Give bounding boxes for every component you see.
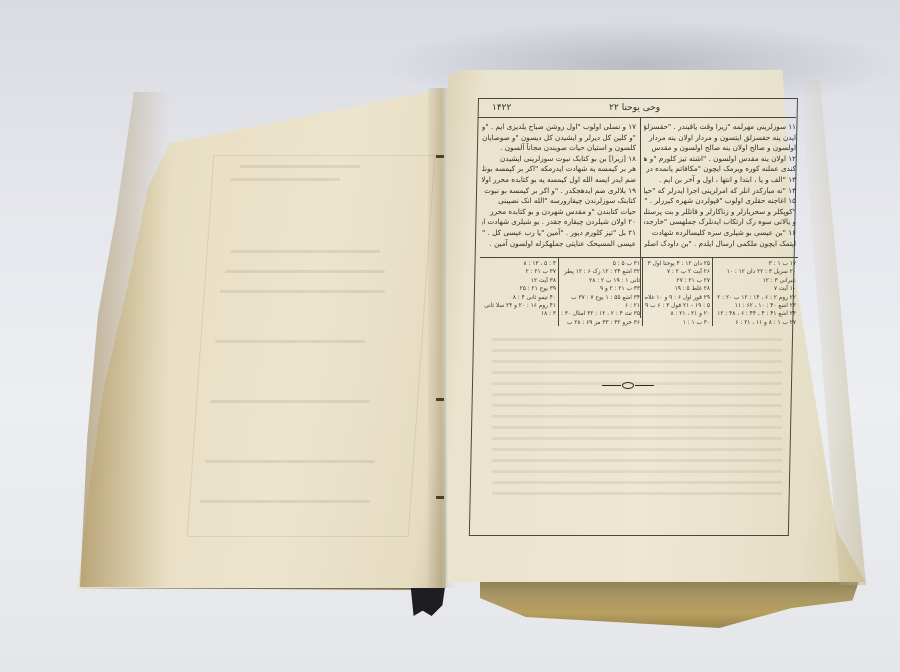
verse-line: ۱۴ "نه مبارکدر انلر که امرلرینی اجرا اید… — [644, 186, 796, 197]
verse-line: ایدن ینه حقسزلق ایتسون و مردار اولان ینه… — [644, 133, 796, 144]
references-col-2: ۲۵ دان ۱۲ : ۴ یوحنا اول ۳ : ۲۲ ۲۶ آیت ۲ … — [645, 260, 710, 327]
verse-line: هر بر کیمسه یه شهادت ایدرمکه "اکر بر کیم… — [482, 164, 636, 175]
reference-line: ۲۰ و ۲۱ ، ۲۱ : ۸ — [645, 310, 710, 318]
reference-line: ۳۸ آیت ۱۲ — [482, 277, 556, 285]
show-through-text — [240, 165, 360, 168]
reference-line: ۲۵ دان ۱۲ : ۴ یوحنا اول ۳ : ۲۲ — [645, 260, 710, 268]
reference-line: ۳۴ اشع ۵۵ : ۱ یوح ۷ : ۳۷ ب — [561, 294, 640, 302]
verse-line: ۱۱ سوزلرینی مهرلمه "زیرا وقت یاقیندر . "… — [644, 122, 796, 133]
reference-rule — [480, 257, 798, 258]
binding-stitch — [436, 155, 444, 158]
show-through-text — [220, 290, 385, 293]
reference-line: ۳۲ اشع ۲۴ : ۱۲ زک ۶ : ۱۲ پطر — [561, 268, 640, 276]
verse-line: و یالانی سوه رک ارتکاب ایدنلرک جملهسی "خ… — [644, 217, 796, 228]
reference-line: ثانی ۱ : ۱۹ ب ۲ : ۲۸ — [561, 277, 640, 285]
references-col-3: ۳۱ ب ۵ : ۵ ۳۲ اشع ۲۴ : ۱۲ زک ۶ : ۱۲ پطر … — [561, 260, 640, 327]
left-page-foxing — [80, 92, 170, 587]
show-through-text — [230, 250, 380, 253]
reference-line: ۲۲ روم ۲ : ۶ ، ۱۴ : ۱۲ ب ۲۰ : ۱۲ — [716, 294, 796, 302]
reference-line: ۲۶ آیت ۲ ب ۲ : ۷ — [645, 268, 710, 276]
reference-line: ۴۱ روم ۱۶ : ۲۰ و ۲۴ سلا ثانی — [482, 302, 556, 310]
reference-line: ۳ : ۱۸ — [482, 310, 556, 318]
show-through-text — [230, 178, 340, 181]
verse-line: عیسی المسیحک عنایتی جملهکزله اولسون آمین… — [482, 239, 636, 250]
reference-line: ۳۵ تث ۴ : ۲ ، ۱۲ : ۳۲ امثال ۳۰ : ۶ — [561, 310, 640, 318]
verse-line: حیات کتابندن "و مقدس شهردن و بو کتابده م… — [482, 207, 636, 218]
references-col-1: ۱۷ ب ۱ : ۳ ۲۰ سریل ۳ : ۲۲ دان ۱۲ : ۱۰ عب… — [716, 260, 796, 327]
reference-line: ۴۰ تیمو ثانی ۴ : ۸ — [482, 294, 556, 302]
verse-line: ۱۸ [زیرا] بن بو کتابک نبوت سوزلرینی ایشی… — [482, 154, 636, 165]
book-photograph: ۱۴۲۲ وحی یوحنا ۲۲ ۱۱ سوزلرینی مهرلمه "زی… — [0, 0, 900, 672]
reference-line: ۲۷ ب ۱ : ۸ و ۱۱ ، ۲۱ : ۶ — [716, 319, 796, 327]
text-column-left: ۱۷ و نسلی اولوب "اول روشن صباح یلدیزی ای… — [482, 122, 636, 249]
show-through-frame — [187, 155, 436, 537]
show-through-text-right — [492, 338, 782, 498]
verse-line: "و کلین کل دیرلر و ایشیدن کل دیسون "و صو… — [482, 133, 636, 144]
verse-line: ۱۵ اغاجنه حقلری اولوب "قپولردن شهره کیرر… — [644, 196, 796, 207]
verse-line: کندی عملنه کوره ویرمک ایچون "مکافاتم یان… — [644, 164, 796, 175]
verse-line: ۱۹ بلالری ضم ایدهجکدر . "و اکر بر کیمسه … — [482, 186, 636, 197]
reference-divider — [712, 258, 713, 326]
running-head-title: وحی یوحنا ۲۲ — [511, 103, 758, 113]
reference-line: ۳۰ ب ۱ : ۱ — [645, 319, 710, 327]
binding-stitch — [436, 398, 444, 401]
reference-line: ۳ : ۵ ، ۱۳ : ۸ — [482, 260, 556, 268]
reference-line: ۲۳ اشع ۴۰ : ۱۰ ، ۶۲ : ۱۱ — [716, 302, 796, 310]
reference-divider — [558, 258, 559, 326]
right-page-block-edges — [480, 578, 860, 628]
show-through-text — [225, 270, 385, 273]
verse-line: ضم ایدر ایسه الله اول کیمسه یه بو کتابده… — [482, 175, 636, 186]
tailpiece-ornament-icon — [602, 382, 654, 388]
reference-line: ۱۷ ب ۱ : ۳ — [716, 260, 796, 268]
text-column-right: ۱۱ سوزلرینی مهرلمه "زیرا وقت یاقیندر . "… — [644, 122, 796, 249]
reference-divider — [642, 258, 643, 326]
verse-line: ۱۲ اولان ینه مقدس اولسون . "اشته تیز کلو… — [644, 154, 796, 165]
verse-line: ۲۱ بل "تیز کلورم دیور . "آمین "یا رب عیس… — [482, 228, 636, 239]
verse-line: ۲۰ اولان شیلردن چیقاره جقدر . بو شیلری ش… — [482, 217, 636, 228]
page-number: ۱۴۲۲ — [492, 103, 511, 113]
reference-line: ۵ : ۱۹ - ۲۱ قول ۳ : ۶ ب ۹ : — [645, 302, 710, 310]
show-through-text — [215, 340, 365, 343]
verse-line: ۱۶ "بن عیسی بو شیلری سزه کلیسالرده شهادت — [644, 228, 796, 239]
verse-line: ۱۳ "الف و یا ، ابتدا و انتها ، اول و آخر… — [644, 175, 796, 186]
reference-line: ۲۸ غلط ۵ : ۱۹ — [645, 285, 710, 293]
running-head: ۱۴۲۲ وحی یوحنا ۲۲ — [478, 98, 796, 118]
reference-line: ۳۷ ب ۲۱ : ۲ — [482, 268, 556, 276]
reference-line: ۳۹ یوح ۲۱ : ۲۵ — [482, 285, 556, 293]
references-col-4: ۳ : ۵ ، ۱۳ : ۸ ۳۷ ب ۲۱ : ۲ ۳۸ آیت ۱۲ ۳۹ … — [482, 260, 556, 319]
column-divider — [640, 118, 641, 318]
binding-stitch — [436, 496, 444, 499]
verse-line: ایتمک ایچون ملکمی ارسال ایلدم . "بن داود… — [644, 239, 796, 250]
verse-line: "کوپکلر و سحربازلر و زناکارلر و قاتللر و… — [644, 207, 796, 218]
reference-line: ۲۱ : ۶ — [561, 302, 640, 310]
show-through-text — [205, 460, 375, 463]
show-through-text — [200, 500, 370, 503]
verse-line: ۱۷ و نسلی اولوب "اول روشن صباح یلدیزی ای… — [482, 122, 636, 133]
reference-line: عبرانی ۳ : ۱۲ — [716, 277, 796, 285]
reference-line: ۲۹ قور اول ۶ : ۹ و ۱۰ غلاط — [645, 294, 710, 302]
reference-line: ۳۳ ب ۲۱ : ۲ و ۹ — [561, 285, 640, 293]
reference-line: ۳۱ ب ۵ : ۵ — [561, 260, 640, 268]
reference-line: ۲۴ اشع ۴۱ : ۴ ، ۴۴ : ۶ ، ۴۸ : ۱۲ — [716, 310, 796, 318]
reference-line: ۲۷ ب ۲۱ : ۲۷ — [645, 277, 710, 285]
reference-line: ۱۰ آیت ۷ — [716, 285, 796, 293]
verse-line: کتابنک سوزلرندن چیقارورسه "الله انک نصیب… — [482, 196, 636, 207]
verse-line: اولسون و صالح اولان ینه صالح اولسون و مق… — [644, 143, 796, 154]
verse-line: کلسون و استیان حیات صویندن مجاناً آلسون … — [482, 143, 636, 154]
reference-line: ۲۰ سریل ۳ : ۲۲ دان ۱۲ : ۱۰ — [716, 268, 796, 276]
show-through-text — [210, 400, 370, 403]
reference-line: ۳۶ خرو ۳۲ : ۳۳ مز ۶۹ : ۲۸ ب — [561, 319, 640, 327]
